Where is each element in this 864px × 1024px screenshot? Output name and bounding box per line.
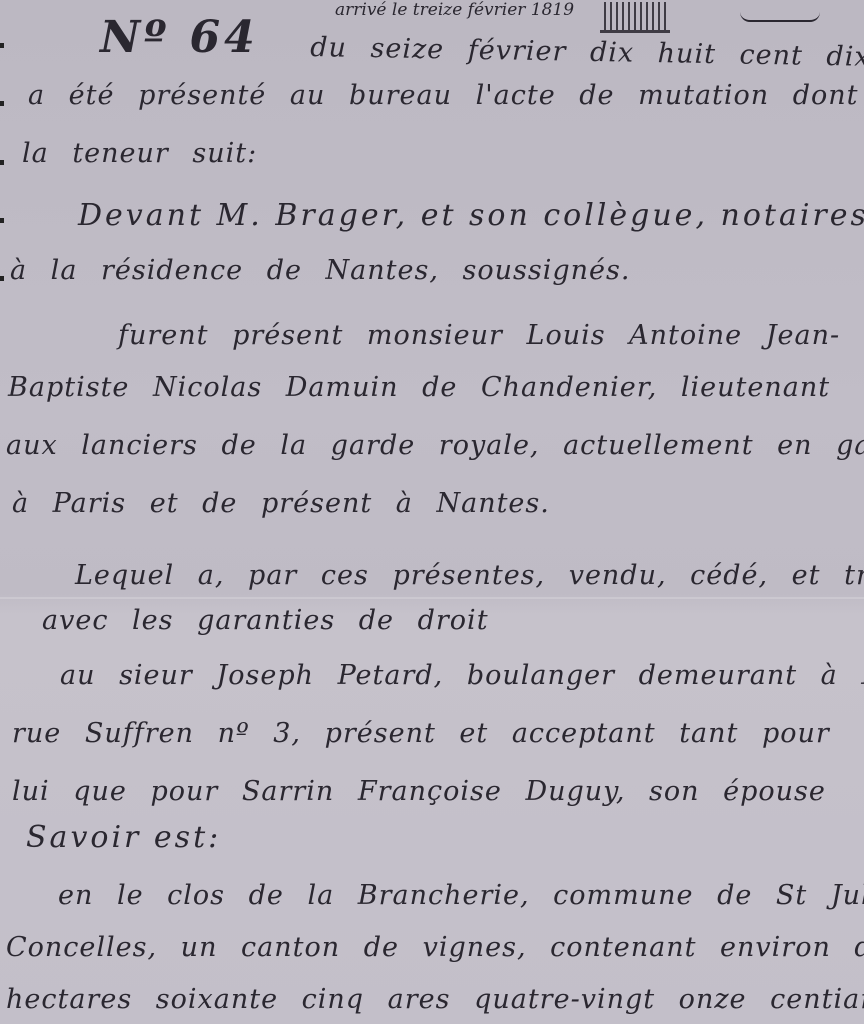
header-annotation: arrivé le treize février 1819 <box>335 0 574 20</box>
margin-mark <box>0 101 4 106</box>
document-line: a été présenté au bureau l'acte de mutat… <box>28 80 859 111</box>
document-line: au sieur Joseph Petard, boulanger demeur… <box>60 660 864 691</box>
document-line: rue Suffren nº 3, présent et acceptant t… <box>12 718 830 749</box>
signature-stamp-icon <box>600 2 670 33</box>
document-line: la teneur suit: <box>22 138 257 169</box>
paper-fold-line <box>0 597 864 599</box>
document-line: furent présent monsieur Louis Antoine Je… <box>118 320 840 351</box>
document-line: lui que pour Sarrin Françoise Duguy, son… <box>12 776 826 807</box>
act-number: Nº 64 <box>100 12 259 63</box>
margin-mark <box>0 276 4 281</box>
document-line: Concelles, un canton de vignes, contenan… <box>6 932 864 963</box>
margin-mark <box>0 43 4 48</box>
document-line: Baptiste Nicolas Damuin de Chandenier, l… <box>8 372 830 403</box>
document-line: hectares soixante cinq ares quatre-vingt… <box>6 984 864 1015</box>
document-line: en le clos de la Brancherie, commune de … <box>58 880 864 911</box>
flourish-icon <box>740 12 820 22</box>
document-line: aux lanciers de la garde royale, actuell… <box>6 430 864 461</box>
document-line: Savoir est: <box>26 820 221 855</box>
document-line: avec les garanties de droit <box>42 605 489 636</box>
document-line: Lequel a, par ces présentes, vendu, cédé… <box>75 560 864 591</box>
margin-mark <box>0 218 4 223</box>
margin-mark <box>0 160 4 165</box>
document-line: à la résidence de Nantes, soussignés. <box>10 255 630 286</box>
document-line: à Paris et de présent à Nantes. <box>12 488 550 519</box>
document-line: Devant M. Brager, et son collègue, notai… <box>78 198 864 233</box>
